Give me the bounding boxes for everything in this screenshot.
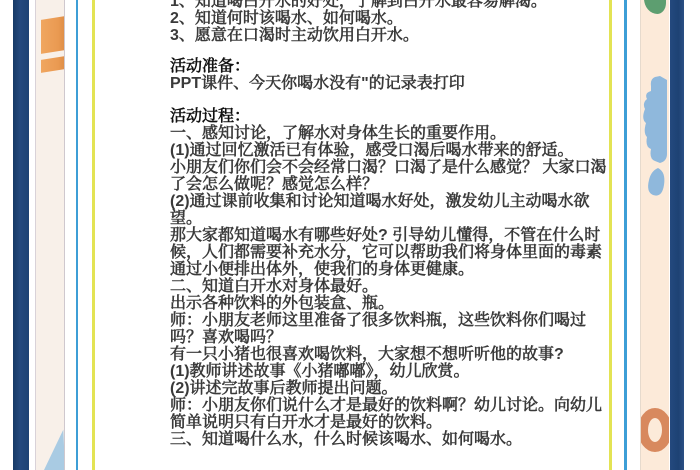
water-splash-decoration <box>641 76 669 208</box>
right-decor-strip <box>640 0 669 470</box>
pencil-stripes-decoration <box>41 12 65 72</box>
frame-blue-line-right <box>624 0 627 470</box>
ring-decoration <box>640 408 669 452</box>
heading-activity-process: 活动过程： <box>170 108 615 125</box>
process-part-2-title: 二、知道白开水对身体最好。 <box>170 278 615 295</box>
process-step-2-1: (1)教师讲述故事《小猪嘟嘟》，幼儿欣赏。 <box>170 363 615 380</box>
process-part-3-title: 三、知道喝什么水，什么时候该喝水、如何喝水。 <box>170 431 615 448</box>
teacher-question-thirst: 小朋友们你们会不会经常口渴？口渴了是什么感觉？ 大家口渴了会怎么做呢？感觉怎么样… <box>170 159 615 193</box>
right-navy-border <box>670 0 684 470</box>
lesson-plan-document: 1、知道喝白开水的好处，了解到白开水最容易解渴。 2、知道何时该喝水、如何喝水。… <box>170 0 615 448</box>
heading-activity-preparation: 活动准备： <box>170 58 615 75</box>
process-step-1-2: (2)通过课前收集和讨论知道喝水好处，激发幼儿主动喝水欲望。 <box>170 193 615 227</box>
show-drink-packaging: 出示各种饮料的外包装盒、瓶。 <box>170 295 615 312</box>
process-part-1-title: 一、感知讨论，了解水对身体生长的重要作用。 <box>170 125 615 142</box>
teacher-question-best-drink: 师：小朋友你们说什么才是最好的饮料啊？幼儿讨论。向幼儿简单说明只有白开水才是最好… <box>170 397 615 431</box>
frame-blue-line-left <box>76 0 78 470</box>
goal-item-1: 1、知道喝白开水的好处，了解到白开水最容易解渴。 <box>170 0 615 10</box>
leaf-decoration <box>644 0 666 14</box>
process-step-2-2: (2)讲述完故事后教师提出问题。 <box>170 380 615 397</box>
left-navy-border <box>13 0 29 470</box>
discussion-water-benefits: 那大家都知道喝水有哪些好处? 引导幼儿懂得，不管在什么时候，人们都需要补充水分，… <box>170 227 615 278</box>
poster-page: 1、知道喝白开水的好处，了解到白开水最容易解渴。 2、知道何时该喝水、如何喝水。… <box>0 0 700 470</box>
pencil-band-icon <box>41 16 65 54</box>
goal-item-3: 3、愿意在口渴时主动饮用白开水。 <box>170 27 615 44</box>
pencil-band-icon <box>41 56 65 73</box>
frame-yellow-line-left <box>92 0 95 470</box>
pig-story-intro: 有一只小猪也很喜欢喝饮料，大家想不想听听他的故事? <box>170 346 615 363</box>
goal-item-2: 2、知道何时该喝水、如何喝水。 <box>170 10 615 27</box>
preparation-materials: PPT课件、今天你喝水没有"的记录表打印 <box>170 75 615 92</box>
process-step-1-1: (1)通过回忆激活已有体验，感受口渴后喝水带来的舒适。 <box>170 142 615 159</box>
left-decor-strip <box>35 0 65 470</box>
sail-triangle-decoration <box>44 428 65 470</box>
teacher-question-drinks: 师：小朋友老师这里准备了很多饮料瓶，这些饮料你们喝过吗？喜欢喝吗？ <box>170 312 615 346</box>
